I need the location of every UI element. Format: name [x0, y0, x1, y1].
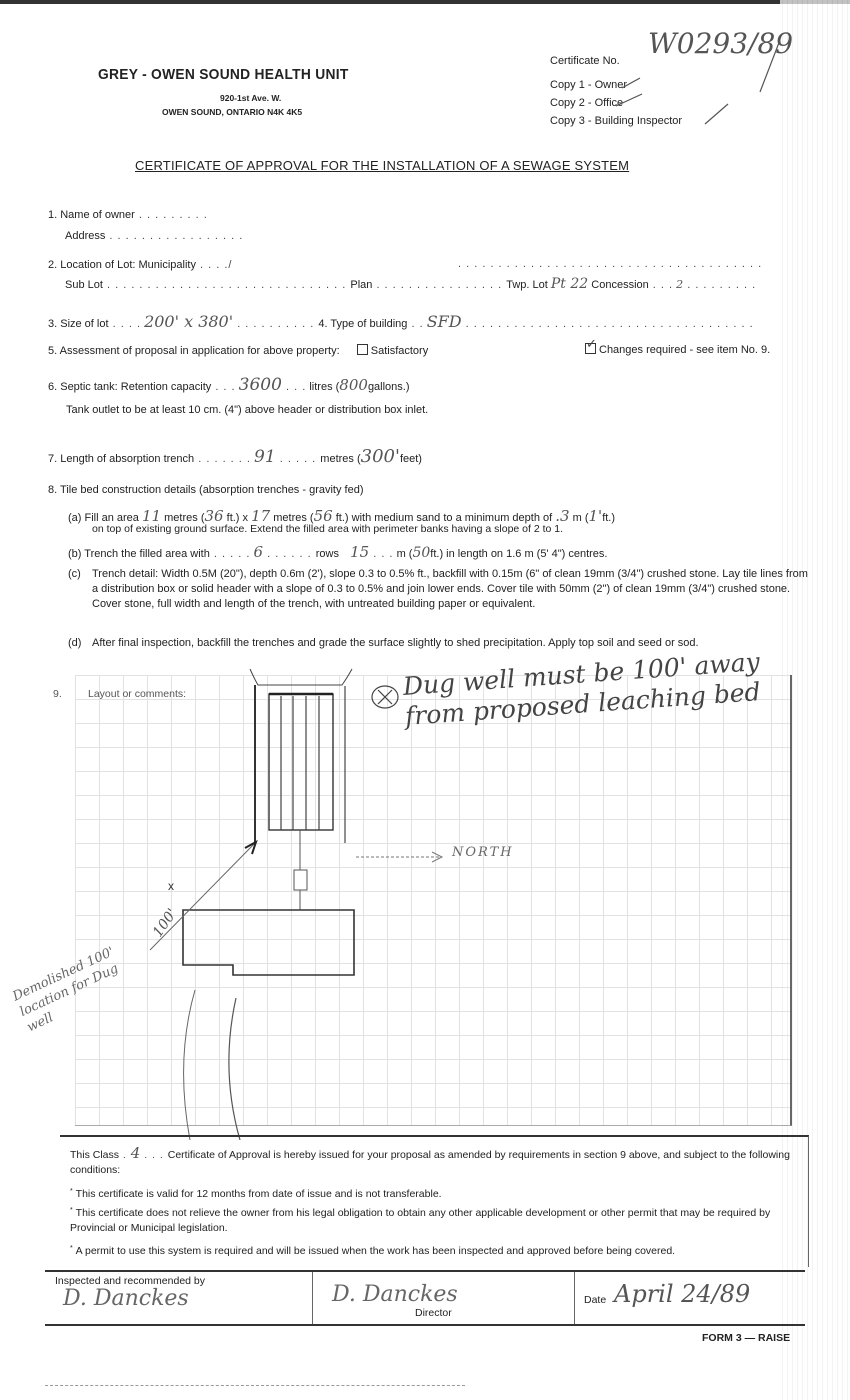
svg-text:x: x [168, 879, 174, 893]
scan-bottom-line [45, 1385, 465, 1386]
inspector-signature: D. Danckes [63, 1286, 189, 1311]
condition-1: This certificate is valid for 12 months … [76, 1188, 442, 1200]
form-id: FORM 3 — RAISE [702, 1332, 790, 1344]
leaching-bed-drawing [250, 669, 352, 910]
class-value: 4 [131, 1144, 141, 1162]
class-suffix: Certificate of Approval is hereby issued… [70, 1149, 790, 1176]
condition-item: * This certificate does not relieve the … [70, 1203, 805, 1236]
director-label: Director [415, 1307, 452, 1319]
date-cell: Date April 24/89 [574, 1272, 805, 1324]
date-label: Date [584, 1294, 606, 1306]
date-value: April 24/89 [614, 1280, 750, 1308]
condition-item: * This certificate is valid for 12 month… [70, 1184, 805, 1202]
class-statement: This Class . 4 . . . Certificate of Appr… [70, 1146, 800, 1178]
director-cell: D. Danckes Director [312, 1272, 575, 1324]
house-outline [183, 910, 354, 975]
north-label: NORTH [452, 845, 514, 860]
inspector-cell: Inspected and recommended by D. Danckes [45, 1272, 313, 1324]
class-prefix: This Class [70, 1149, 119, 1161]
condition-2: This certificate does not relieve the ow… [70, 1207, 770, 1234]
condition-item: * A permit to use this system is require… [70, 1241, 805, 1259]
signature-box: Inspected and recommended by D. Danckes … [45, 1270, 805, 1326]
director-signature: D. Danckes [332, 1282, 458, 1307]
condition-3: A permit to use this system is required … [76, 1245, 675, 1257]
